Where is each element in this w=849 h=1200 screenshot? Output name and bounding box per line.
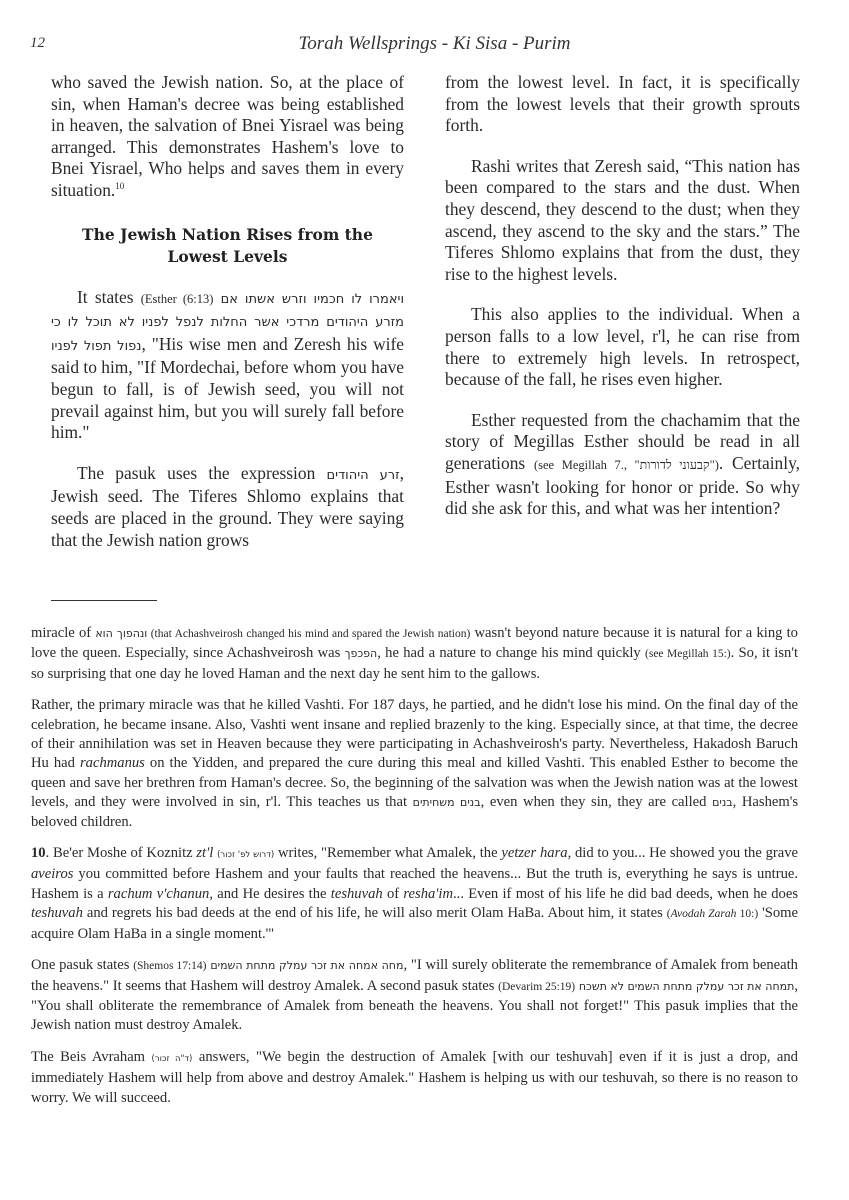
paragraph: This also applies to the individual. Whe… [445,304,800,390]
paragraph: It states (Esther (6:13) ויאמרו לו חכמיו… [51,287,404,444]
source-citation: (Devarim 25:19) [498,981,575,993]
running-title: Torah Wellsprings - Ki Sisa - Purim [0,33,849,55]
footnote-text: The Beis Avraham [31,1049,152,1065]
paragraph: Esther requested from the chachamim that… [445,410,800,520]
source-citation: (that Achashveirosh changed his mind and… [147,628,470,640]
footnote-paragraph: One pasuk states (Shemos 17:14) מחה אמחה… [31,956,798,1036]
footnote-text: . Be'er Moshe of Koznitz [46,845,197,861]
footnote-text: One pasuk states [31,957,133,973]
left-column: who saved the Jewish nation. So, at the … [51,72,404,570]
source-citation: (Avodah Zarah 10:) [667,908,758,920]
italic-term: yetzer hara [501,845,567,861]
italic-term: teshuvah [331,886,383,902]
italic-term: zt'l [196,845,213,861]
running-header: 12 Torah Wellsprings - Ki Sisa - Purim [0,33,849,57]
hebrew-quote: זרע היהודים [327,468,400,483]
footnote-text: , did to you... He showed you the grave [568,845,798,861]
paragraph: who saved the Jewish nation. So, at the … [51,72,404,202]
footnote-text: ... Even if most of his life he did bad … [453,886,798,902]
footnote-paragraph: The Beis Avraham (ד"ה זכור) answers, "We… [31,1048,798,1108]
hebrew-quote: מחה אמחה את זכר עמלק מתחת השמים [210,959,403,972]
italic-term: Avodah Zarah [671,908,737,920]
footnote-paragraph: Rather, the primary miracle was that he … [31,696,798,832]
paragraph-text: It states [77,287,141,307]
source-citation: (ד"ה זכור) [152,1054,193,1064]
footnote-ref[interactable]: 10 [115,181,124,191]
hebrew-quote: הפכפך [345,647,378,660]
source-citation: (Shemos 17:14) [133,960,206,972]
footnote-text: , and He desires the [209,886,330,902]
source-citation: (see Megillah 7., "קבעוני לדורות") [534,458,719,472]
source-citation: (see Megillah 15:) [645,648,731,660]
hebrew-quote: תמחה את זכר עמלק מתחת השמים לא תשכח [579,980,795,993]
italic-term: rachum v'chanun [108,886,209,902]
footnote-paragraph: miracle of ונהפוך הוא (that Achashveiros… [31,624,798,684]
footnote-text: writes, "Remember what Amalek, the [274,845,501,861]
footnotes: miracle of ונהפוך הוא (that Achashveiros… [31,624,798,1120]
footnote-text: and regrets his bad deeds at the end of … [83,905,667,921]
paragraph-text: who saved the Jewish nation. So, at the … [51,72,404,200]
source-citation: (דרוש לפ' זכור) [217,850,274,860]
footnote-number: 10 [31,845,46,861]
footnote-10: 10. Be'er Moshe of Koznitz zt'l (דרוש לפ… [31,844,798,944]
italic-term: teshuvah [31,905,83,921]
hebrew-quote: בנים משחיתים [413,796,481,809]
italic-term: aveiros [31,866,73,882]
citation-ref: 10:) [736,908,758,920]
footnote-divider [51,600,157,601]
section-heading: The Jewish Nation Rises from the Lowest … [51,224,404,268]
footnote-text: , even when they sin, they are called [481,794,712,810]
footnote-text: of [383,886,404,902]
italic-term: resha'im [403,886,453,902]
footnote-text: , he had a nature to change his mind qui… [377,645,645,661]
footnote-text: miracle of [31,625,95,641]
paragraph: Rashi writes that Zeresh said, “This nat… [445,156,800,286]
italic-term: rachmanus [80,755,145,771]
paragraph-text: The pasuk uses the expression [77,463,327,483]
paragraph: The pasuk uses the expression זרע היהודי… [51,463,404,551]
right-column: from the lowest level. In fact, it is sp… [445,72,800,539]
paragraph: from the lowest level. In fact, it is sp… [445,72,800,137]
hebrew-quote: בנים [712,796,733,809]
source-citation: (Esther (6:13) [141,292,214,306]
hebrew-quote: ונהפוך הוא [95,627,147,640]
